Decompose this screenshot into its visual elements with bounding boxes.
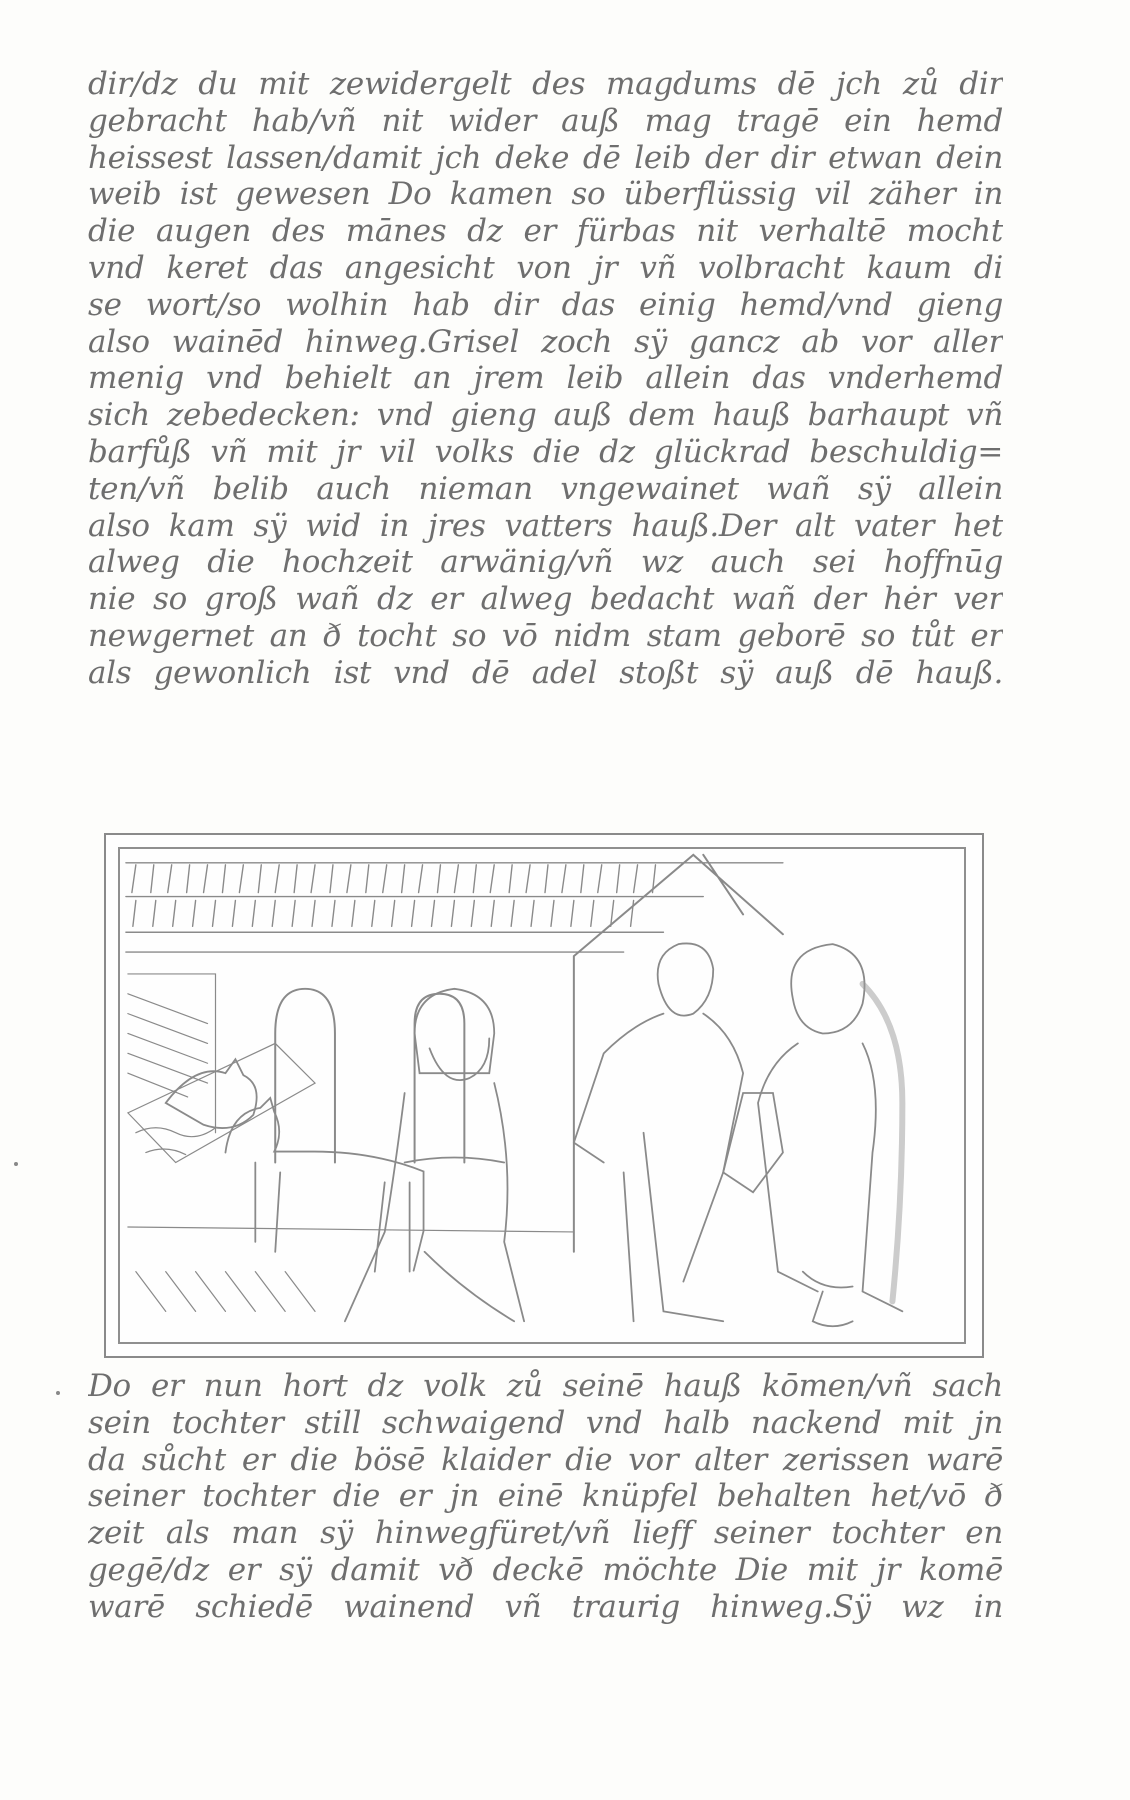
text-line: newgernet an ð tocht so vō nidm stam geb… <box>88 618 1003 655</box>
text-line: heissest lassen/damit jch deke dē leib d… <box>88 140 1003 177</box>
text-line: nie so groß wañ dz er alweg bedacht wañ … <box>88 581 1003 618</box>
paper-speck <box>56 1391 60 1395</box>
text-line: menig vnd behielt an jrem leib allein da… <box>88 360 1003 397</box>
text-line: dir/dz du mit zewidergelt des magdums dē… <box>88 66 1003 103</box>
paper-speck <box>14 1162 18 1166</box>
father-figure <box>574 943 783 1321</box>
text-line: ten/vñ belib auch nieman vngewainet wañ … <box>88 471 1003 508</box>
wall-hatching <box>128 974 574 1311</box>
seated-woman <box>345 989 524 1321</box>
text-line: also wainēd hinweg.Grisel zoch sÿ gancz … <box>88 324 1003 361</box>
text-line: gegē/dz er sÿ damit vð deckē möchte Die … <box>88 1552 1003 1589</box>
goats <box>166 1059 424 1271</box>
bottom-text-block: Do er nun hort dz volk zů seinē hauß kōm… <box>88 1368 1003 1626</box>
woodcut-drawing <box>106 835 982 1356</box>
text-line: se wort/so wolhin hab dir das einig hemd… <box>88 287 1003 324</box>
text-line: vnd keret das angesicht von jr vñ volbra… <box>88 250 1003 287</box>
text-line: gebracht hab/vñ nit wider auß mag tragē … <box>88 103 1003 140</box>
book-page: dir/dz du mit zewidergelt des magdums dē… <box>0 0 1130 1800</box>
arched-door <box>415 994 465 1163</box>
text-line: also kam sÿ wid in jres vatters hauß.Der… <box>88 508 1003 545</box>
top-text-block: dir/dz du mit zewidergelt des magdums dē… <box>88 66 1003 692</box>
text-line: zeit als man sÿ hinwegfüret/vñ lieff sei… <box>88 1515 1003 1552</box>
text-line: alweg die hochzeit arwänig/vñ wz auch se… <box>88 544 1003 581</box>
text-line: da sůcht er die bösē klaider die vor alt… <box>88 1442 1003 1479</box>
text-line: als gewonlich ist vnd dē adel stoßt sÿ a… <box>88 655 1003 692</box>
text-line: weib ist gewesen Do kamen so überflüssig… <box>88 176 1003 213</box>
text-line: warē schiedē wainend vñ traurig hinweg.S… <box>88 1589 1003 1626</box>
text-line: die augen des mānes dz er fürbas nit ver… <box>88 213 1003 250</box>
arched-window <box>275 989 335 1163</box>
woodcut-illustration <box>104 833 984 1358</box>
text-line: barfůß vñ mit jr vil volks die dz glückr… <box>88 434 1003 471</box>
text-line: sein tochter still schwaigend vnd halb n… <box>88 1405 1003 1442</box>
text-line: seiner tochter die er jn einē knüpfel be… <box>88 1478 1003 1515</box>
text-line: sich zebedecken: vnd gieng auß dem hauß … <box>88 397 1003 434</box>
roof-thatch <box>126 863 783 952</box>
text-line-initial: Do er nun hort dz volk zů seinē hauß kōm… <box>88 1368 1003 1405</box>
